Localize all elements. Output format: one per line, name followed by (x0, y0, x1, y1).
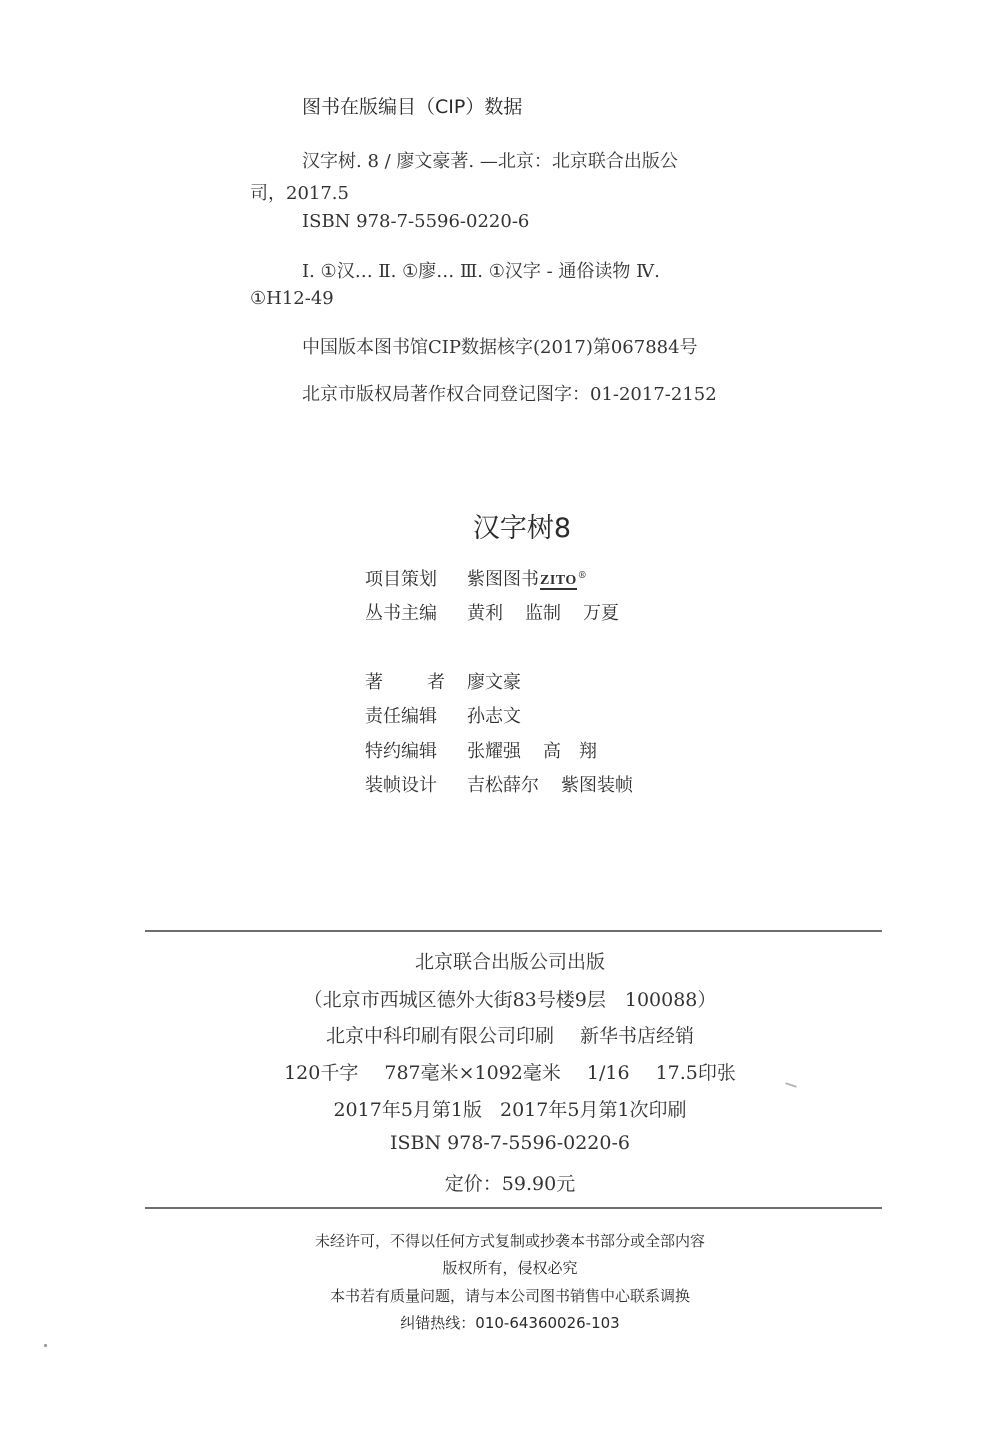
cip-line-publisher-date: 司，2017.5 (250, 179, 349, 205)
credit-label: 项目策划 (365, 565, 467, 591)
credit-label: 著 者 (365, 668, 445, 694)
credit-design: 装帧设计 吉松薛尔紫图装帧 (365, 771, 633, 797)
printer-distributor: 北京中科印刷有限公司印刷新华书店经销 (6, 1021, 1008, 1048)
spec-sheets: 17.5印张 (656, 1062, 736, 1084)
notice-hotline: 纠错热线：010-64360026-103 (6, 1312, 1008, 1333)
credit-project-planning: 项目策划 紫图图书ZITO® (365, 565, 587, 591)
credit-value-item: 张耀强 (467, 741, 521, 762)
credit-value: 廖文豪 (467, 668, 521, 694)
cip-line-class-number: ①H12-49 (250, 288, 334, 309)
published-by: 北京联合出版公司出版 (6, 947, 1008, 974)
spec-format: 1/16 (587, 1062, 630, 1084)
credit-responsible-editor: 责任编辑 孙志文 (365, 702, 521, 728)
credit-value: 张耀强高 翔 (467, 737, 597, 763)
printing: 2017年5月第1次印刷 (500, 1099, 687, 1121)
book-specs: 120千字787毫米×1092毫米1/1617.5印张 (6, 1058, 1008, 1085)
scan-speck (44, 1344, 47, 1347)
book-title-text: 汉字树8 (437, 506, 571, 545)
credit-value-item: 万夏 (583, 603, 619, 624)
edition-printing: 2017年5月第1版2017年5月第1次印刷 (6, 1095, 1008, 1122)
credit-label-char: 著 (365, 668, 383, 694)
cip-heading: 图书在版编目（CIP）数据 (302, 92, 522, 119)
credit-value-item: 吉松薛尔 (467, 775, 539, 796)
credit-label: 装帧设计 (365, 771, 467, 797)
credit-label-char: 者 (427, 668, 445, 694)
credit-value-item: 紫图装帧 (561, 775, 633, 796)
notice-no-copy: 未经许可，不得以任何方式复制或抄袭本书部分或全部内容 (6, 1230, 1008, 1251)
credit-series-editor: 丛书主编 黄利监制万夏 (365, 599, 619, 625)
credit-value: 吉松薛尔紫图装帧 (467, 771, 633, 797)
credit-value-item: 紫图图书 (467, 569, 539, 590)
credit-value-item: 黄利 (467, 603, 503, 624)
credit-label: 丛书主编 (365, 599, 467, 625)
book-title: 汉字树8 (0, 506, 1008, 545)
notice-rights-reserved: 版权所有，侵权必究 (6, 1257, 1008, 1278)
credit-label: 责任编辑 (365, 702, 467, 728)
distributor: 新华书店经销 (580, 1025, 694, 1047)
credit-value: 孙志文 (467, 702, 521, 728)
publisher-isbn: ISBN 978-7-5596-0220-6 (6, 1132, 1008, 1154)
credit-value-item: 廖文豪 (467, 672, 521, 693)
credit-value: 黄利监制万夏 (467, 599, 619, 625)
credit-special-editor: 特约编辑 张耀强高 翔 (365, 737, 597, 763)
cip-verification-number: 中国版本图书馆CIP数据核字(2017)第067884号 (302, 333, 698, 359)
zito-logo-icon: ZITO (540, 574, 577, 590)
credit-value-item: 监制 (525, 603, 561, 624)
edition: 2017年5月第1版 (333, 1099, 482, 1121)
registered-mark-icon: ® (578, 571, 587, 581)
copyright-registration: 北京市版权局著作权合同登记图字：01-2017-2152 (302, 380, 717, 406)
divider-top (145, 930, 882, 932)
credit-author: 著 者 廖文豪 (365, 668, 521, 694)
cip-line-title: 汉字树. 8 / 廖文豪著. —北京：北京联合出版公 (302, 147, 678, 173)
credit-value-item: 孙志文 (467, 706, 521, 727)
spec-word-count: 120千字 (284, 1062, 358, 1084)
divider-bottom (145, 1207, 882, 1209)
price: 定价：59.90元 (6, 1169, 1008, 1196)
publisher-address: （北京市西城区德外大街83号楼9层 100088） (6, 985, 1008, 1012)
spec-paper-size: 787毫米×1092毫米 (384, 1062, 561, 1084)
printer: 北京中科印刷有限公司印刷 (326, 1025, 554, 1047)
notice-quality: 本书若有质量问题，请与本公司图书销售中心联系调换 (6, 1285, 1008, 1306)
credit-value: 紫图图书ZITO® (467, 565, 587, 591)
credit-value-item: 高 翔 (543, 741, 597, 762)
cip-line-classification: Ⅰ. ①汉… Ⅱ. ①廖… Ⅲ. ①汉字 - 通俗读物 Ⅳ. (302, 257, 660, 283)
credit-label: 特约编辑 (365, 737, 467, 763)
cip-line-isbn: ISBN 978-7-5596-0220-6 (302, 211, 529, 232)
